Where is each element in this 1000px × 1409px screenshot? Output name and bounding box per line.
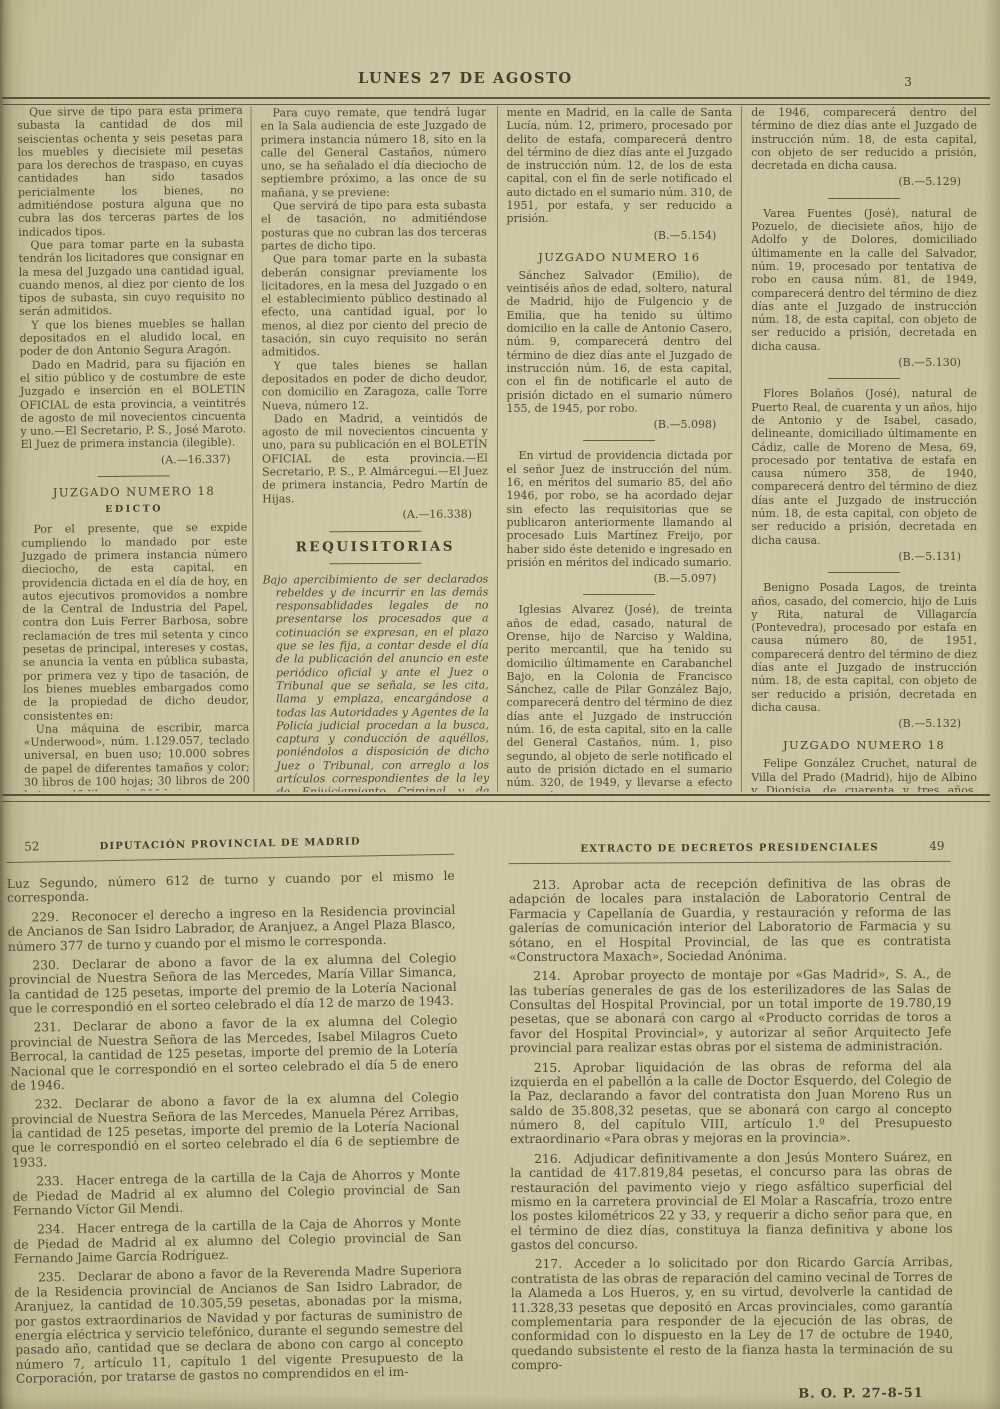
decree-item: 215. Aprobar liquidación de las obras de… <box>510 1058 952 1147</box>
notice-paragraph: Una máquina de escribir, marca «Underwoo… <box>23 720 250 792</box>
reference-number: (B.—5.097) <box>507 572 733 585</box>
notice-paragraph: Y que los bienes muebles se hallan depos… <box>19 316 245 358</box>
decree-item: 217. Acceder a lo solicitado por don Ric… <box>511 1255 954 1372</box>
notice-paragraph: Varea Fuentes (José), natural de Pozuelo… <box>751 207 977 353</box>
notice-paragraph: Iglesias Alvarez (José), de treinta años… <box>507 603 733 792</box>
notice-paragraph: Dado en Madrid, a veintidós de agosto de… <box>262 411 488 505</box>
court-heading: JUZGADO NUMERO 18 <box>21 485 247 501</box>
divider-rule <box>98 475 170 477</box>
notice-column-1: Que sirve de tipo para esta primera suba… <box>8 106 259 792</box>
reference-number: (B.—5.131) <box>751 550 977 563</box>
decree-item: 234. Hacer entrega de la cartilla de la … <box>13 1215 462 1266</box>
diputacion-text: Luz Segundo, número 612 de turno y cuand… <box>7 869 464 1386</box>
notice-paragraph: En virtud de providencia dictada por el … <box>507 449 733 569</box>
divider-rule <box>828 198 900 199</box>
requisitoria-preamble: Bajo apercibimiento de ser declarados re… <box>262 572 489 792</box>
decretos-column: EXTRACTO DE DECRETOS PRESIDENCIALES 49 2… <box>509 839 954 1404</box>
reference-number: (B.—5.129) <box>751 175 977 188</box>
page-number-top: 3 <box>904 74 912 89</box>
decree-item: 232. Declarar de abono a favor de la ex … <box>11 1090 460 1170</box>
notice-paragraph: Que sirve de tipo para esta primera suba… <box>17 106 244 239</box>
diputacion-title: DIPUTACIÓN PROVINCIAL DE MADRID <box>6 835 454 854</box>
court-heading: JUZGADO NUMERO 16 <box>507 251 733 265</box>
notice-column-2: Para cuyo remate, que tendrá lugar en la… <box>250 106 498 792</box>
reference-number: (A.—16.337) <box>21 452 247 468</box>
notice-column-3: mente en Madrid, en la calle de Santa Lu… <box>497 106 742 792</box>
decrees-section: 52 DIPUTACIÓN PROVINCIAL DE MADRID Luz S… <box>6 840 952 1402</box>
divider-rule <box>828 378 900 379</box>
decree-item: 233. Hacer entrega de la cartilla de la … <box>12 1167 461 1218</box>
page-date: LUNES 27 DE AGOSTO <box>358 70 573 87</box>
notice-paragraph: Por el presente, que se expide cumpliend… <box>21 521 249 723</box>
reference-number: (B.—5.154) <box>507 229 733 242</box>
divider-rule <box>583 440 655 441</box>
notice-paragraph-continued: Luz Segundo, número 612 de turno y cuand… <box>7 869 455 906</box>
bulletin-stamp: B. O. P. 27-8-51 <box>511 1386 953 1403</box>
decree-item: 214. Aprobar proyecto de montaje por «Ga… <box>509 967 951 1056</box>
notice-paragraph: Y que tales bienes se hallan depositados… <box>261 358 487 412</box>
notice-column-4: de 1946, comparecerá dentro del término … <box>741 106 986 792</box>
notice-paragraph: Para cuyo remate, que tendrá lugar en la… <box>260 106 486 200</box>
decree-item: 235. Declarar de abono a favor de la Rev… <box>14 1263 464 1386</box>
reference-number: (A.—16.338) <box>262 507 488 521</box>
requisitorias-heading: REQUISITORIAS <box>262 531 488 564</box>
decretos-title: EXTRACTO DE DECRETOS PRESIDENCIALES <box>509 842 951 855</box>
notice-paragraph: Benigno Posada Lagos, de treinta años, c… <box>751 581 977 714</box>
notice-paragraph: Que servirá de tipo para esta subasta el… <box>261 199 487 253</box>
decree-item: 231. Declarar de abono a favor de la ex … <box>9 1013 458 1093</box>
decretos-header: EXTRACTO DE DECRETOS PRESIDENCIALES 49 <box>509 839 951 864</box>
notice-paragraph: Sánchez Salvador (Emilio), de veintiséis… <box>507 269 733 415</box>
decretos-text: 213. Aprobar acta de recepción definitiv… <box>509 876 954 1373</box>
decree-item: 213. Aprobar acta de recepción definitiv… <box>509 876 951 965</box>
reference-number: (B.—5.130) <box>751 356 977 369</box>
notice-paragraph: Que para tomar parte en la subasta deber… <box>261 252 487 359</box>
notice-paragraph: Que para tomar parte en la subasta tendr… <box>18 237 245 319</box>
diputacion-header: 52 DIPUTACIÓN PROVINCIAL DE MADRID <box>6 832 454 863</box>
decree-item: 229. Reconocer el derecho a ingreso en l… <box>7 903 456 954</box>
decree-item: 230. Declarar de abono a favor de la ex … <box>8 951 457 1017</box>
reference-number: (B.—5.132) <box>751 717 977 730</box>
gazette-page: LUNES 27 DE AGOSTO 3 Que sirve de tipo p… <box>0 0 1000 1409</box>
notice-paragraph: Felipe González Cruchet, natural de Vill… <box>751 757 977 792</box>
decree-item: 216. Adjudicar definitivamente a don Jes… <box>510 1150 953 1253</box>
notice-paragraph: Flores Bolaños (José), natural de Puerto… <box>751 387 977 547</box>
header-rule <box>2 97 990 105</box>
page-header: LUNES 27 DE AGOSTO 3 <box>0 70 990 94</box>
reference-number: (B.—5.098) <box>507 418 733 431</box>
page-number-right: 49 <box>929 839 944 853</box>
divider-rule <box>828 572 900 573</box>
court-heading: JUZGADO NUMERO 18 <box>751 739 977 753</box>
edict-subheading: EDICTO <box>21 502 247 516</box>
divider-rule <box>583 594 655 595</box>
notice-paragraph: Dado en Madrid, para su fijación en el s… <box>20 356 247 451</box>
notice-paragraph-continued: mente en Madrid, en la calle de Santa Lu… <box>507 106 733 226</box>
notice-paragraph-continued: de 1946, comparecerá dentro del término … <box>751 106 977 172</box>
diputacion-column: 52 DIPUTACIÓN PROVINCIAL DE MADRID Luz S… <box>6 832 464 1402</box>
legal-notices-section: Que sirve de tipo para esta primera suba… <box>8 106 986 792</box>
section-separator-rule <box>2 794 990 802</box>
